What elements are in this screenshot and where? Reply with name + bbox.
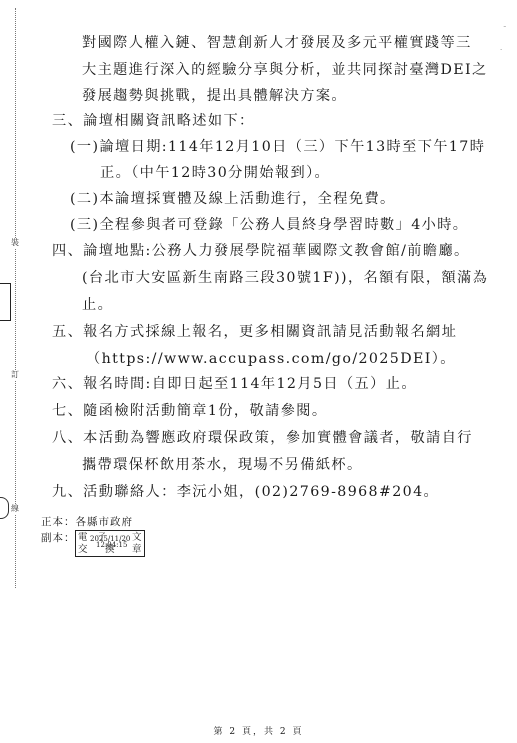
- copy-recipients-label: 副本：: [41, 531, 76, 545]
- side-seal-stamp: [0, 283, 11, 321]
- stamp-char: 電: [78, 532, 88, 543]
- binding-dotted-line: [15, 8, 16, 588]
- section-5-line-1: 五、報名方式採線上報名，更多相關資訊請見活動報名網址: [52, 322, 457, 342]
- section-6: 六、報名時間:自即日起至114年12月5日（五）止。: [52, 374, 417, 394]
- document-page: 裝 訂 線 ˘ · 對國際人權入鏈、智慧創新人才發展及多元平權實踐等三 大主題進…: [0, 0, 517, 743]
- body-line-2: 大主題進行深入的經驗分享與分析，並共同探討臺灣DEI之: [82, 60, 488, 80]
- section-8-line-1: 八、本活動為響應政府環保政策，參加實體會議者，敬請自行: [52, 428, 473, 448]
- section-4-line-1: 四、論壇地點:公務人力發展學院福華國際文教會館/前瞻廳。: [52, 241, 470, 261]
- section-3-heading: 三、論壇相關資訊略述如下：: [52, 111, 255, 131]
- section-4-line-2: (台北市大安區新生南路三段30號1F))，名額有限，額滿為: [82, 268, 488, 288]
- section-3-item-2: (二)本論壇採實體及線上活動進行，全程免費。: [70, 189, 396, 209]
- stamp-char: 換: [105, 544, 115, 555]
- section-3-item-1-line-1: (一)論壇日期:114年12月10日（三）下午13時至下午17時: [70, 137, 485, 157]
- binding-mark-zhuang: 裝: [10, 238, 20, 248]
- section-3-item-1-line-2: 正。（中午12時30分開始報到）。: [100, 163, 330, 183]
- body-line-3: 發展趨勢與挑戰，提出具體解決方案。: [82, 86, 347, 106]
- section-4-line-3: 止。: [82, 295, 113, 315]
- binding-mark-ding: 訂: [10, 370, 20, 380]
- section-3-item-3: (三)全程參與者可登錄「公務人員終身學習時數」4小時。: [70, 215, 468, 235]
- scan-speck: ·: [500, 46, 502, 54]
- scan-speck: ˘: [503, 26, 507, 34]
- original-recipients: 正本：各縣市政府: [41, 515, 133, 529]
- page-footer: 第 2 頁，共 2 頁: [0, 724, 517, 737]
- stamp-char: 文: [132, 532, 142, 543]
- section-8-line-2: 攜帶環保杯飲用茶水，現場不另備紙杯。: [82, 455, 363, 475]
- stamp-char: 章: [132, 544, 142, 555]
- stamp-char: 交: [78, 544, 88, 555]
- binding-mark-xian: 線: [10, 504, 20, 514]
- electronic-exchange-stamp: 電 子 文 2025/11/20 12:04:15 交 換 章: [75, 530, 145, 557]
- side-seal-curve: [0, 497, 9, 519]
- section-5-url: （https://www.accupass.com/go/2025DEI）。: [86, 349, 456, 369]
- section-9: 九、活動聯絡人：李沅小姐，(02)2769-8968#204。: [52, 482, 439, 502]
- body-line-1: 對國際人權入鏈、智慧創新人才發展及多元平權實踐等三: [82, 33, 472, 53]
- section-7: 七、隨函檢附活動簡章1份，敬請參閱。: [52, 401, 327, 421]
